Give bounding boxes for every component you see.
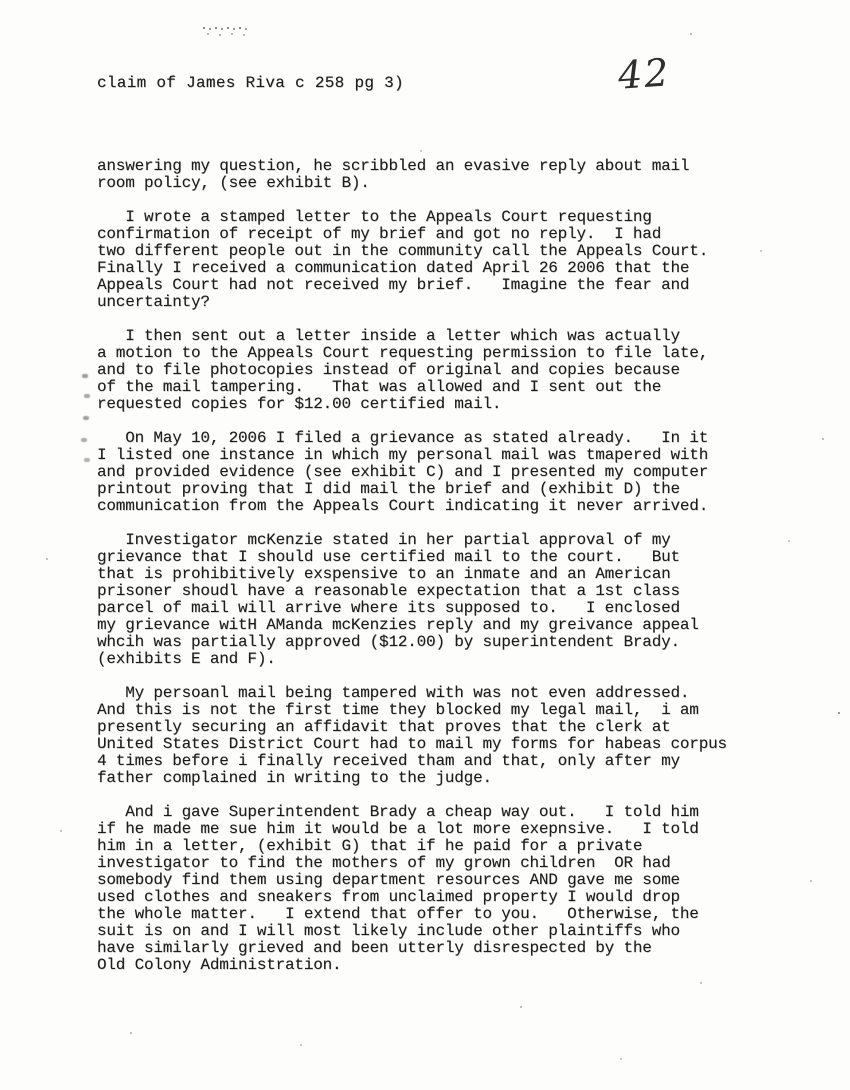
scan-artifact-dots: [203, 27, 205, 29]
scan-artifact-smudges: [82, 374, 88, 378]
document-body: answering my question, he scribbled an e…: [97, 158, 797, 991]
handwritten-page-number: 42: [617, 50, 672, 98]
paragraph-3: I then sent out a letter inside a letter…: [97, 328, 797, 413]
paragraph-1: answering my question, he scribbled an e…: [97, 158, 797, 192]
scanned-document-page: claim of James Riva c 258 pg 3) 42 answe…: [0, 0, 850, 1090]
scan-artifact-specks: [0, 0, 2, 2]
document-header: claim of James Riva c 258 pg 3): [97, 74, 404, 92]
paragraph-2: I wrote a stamped letter to the Appeals …: [97, 209, 797, 311]
paragraph-7: And i gave Superintendent Brady a cheap …: [97, 804, 797, 974]
paragraph-5: Investigator mcKenzie stated in her part…: [97, 532, 797, 668]
paragraph-6: My persoanl mail being tampered with was…: [97, 685, 797, 787]
paragraph-4: On May 10, 2006 I filed a grievance as s…: [97, 430, 797, 515]
